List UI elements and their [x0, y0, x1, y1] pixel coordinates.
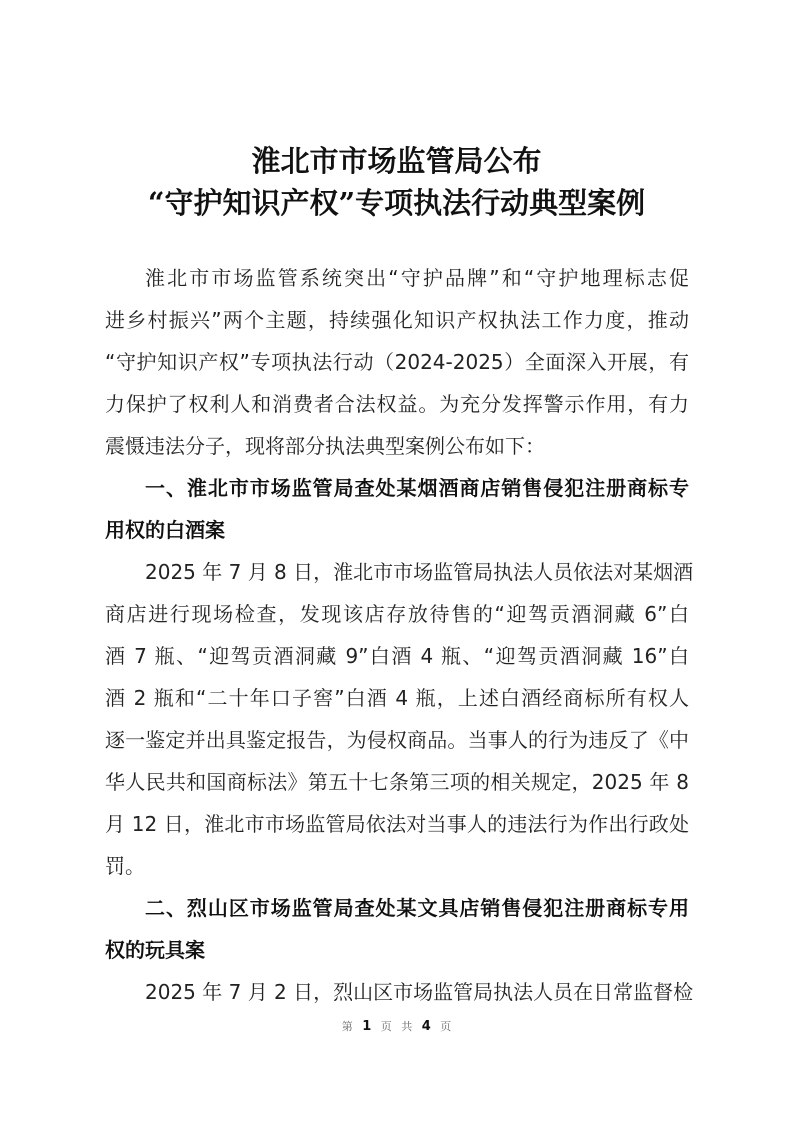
- case2-heading: 权的玩具案: [105, 934, 689, 963]
- footer-prefix: 第: [342, 1020, 353, 1033]
- case1-body-line: 2025 年 7 月 8 日，淮北市市场监管局执法人员依法对某烟酒: [145, 556, 689, 585]
- footer-suffix: 页: [440, 1020, 451, 1033]
- footer-middle: 页 共: [381, 1020, 413, 1033]
- intro-line: 力保护了权利人和消费者合法权益。为充分发挥警示作用，有力: [105, 388, 689, 417]
- case1-heading: 用权的白酒案: [105, 514, 689, 543]
- case1-body-line: 月 12 日，淮北市市场监管局依法对当事人的违法行为作出行政处: [105, 808, 689, 837]
- footer-page-number: 1: [362, 1019, 371, 1034]
- document-title-line-1: 淮北市市场监管局公布: [0, 139, 793, 180]
- case1-body-line: 罚。: [105, 850, 689, 879]
- document-page: 淮北市市场监管局公布 “守护知识产权”专项执法行动典型案例 淮北市市场监管系统突…: [0, 0, 793, 1122]
- intro-line: “守护知识产权”专项执法行动（2024-2025）全面深入开展，有: [105, 346, 689, 375]
- footer-total-pages: 4: [422, 1019, 431, 1034]
- case2-heading: 二、烈山区市场监管局查处某文具店销售侵犯注册商标专用: [145, 892, 689, 921]
- case1-body-line: 酒 7 瓶、“迎驾贡酒洞藏 9”白酒 4 瓶、“迎驾贡酒洞藏 16”白: [105, 640, 689, 669]
- case1-body-line: 华人民共和国商标法》第五十七条第三项的相关规定，2025 年 8: [105, 766, 689, 795]
- intro-line: 进乡村振兴”两个主题，持续强化知识产权执法工作力度，推动: [105, 304, 689, 333]
- document-title-line-2: “守护知识产权”专项执法行动典型案例: [0, 181, 793, 222]
- intro-line: 淮北市市场监管系统突出“守护品牌”和“守护地理标志促: [145, 262, 689, 291]
- case1-heading: 一、淮北市市场监管局查处某烟酒商店销售侵犯注册商标专: [145, 472, 689, 501]
- intro-line: 震慑违法分子，现将部分执法典型案例公布如下：: [105, 430, 689, 459]
- case1-body-line: 逐一鉴定并出具鉴定报告，为侵权商品。当事人的行为违反了《中: [105, 724, 689, 753]
- case1-body-line: 商店进行现场检查，发现该店存放待售的“迎驾贡酒洞藏 6”白: [105, 598, 689, 627]
- page-footer: 第 1 页 共 4 页: [0, 1018, 793, 1034]
- case1-body-line: 酒 2 瓶和“二十年口子窖”白酒 4 瓶，上述白酒经商标所有权人: [105, 682, 689, 711]
- case2-body-line: 2025 年 7 月 2 日，烈山区市场监管局执法人员在日常监督检: [145, 976, 689, 1005]
